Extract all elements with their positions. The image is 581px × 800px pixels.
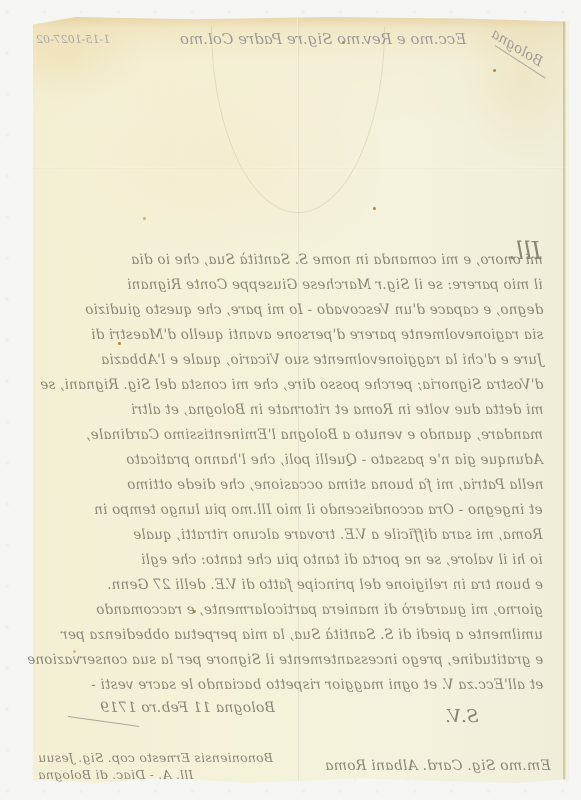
date-line: Bologna 11 Feb.ro 1719 <box>100 700 275 716</box>
letter-line: degno, e capace d'un Vescovado - Io mi p… <box>85 302 543 318</box>
ink-spot <box>143 217 146 220</box>
ink-spot <box>493 69 496 72</box>
letter-line: et ingegno - Ora accondiscendo il mio Il… <box>94 502 543 518</box>
letter-line: mi detta due volte in Roma et ritornate … <box>131 402 543 418</box>
signature: S.V. <box>445 706 479 727</box>
page-edge <box>564 17 569 783</box>
letter-line: nella Patria, mi fa buona stima occasion… <box>127 477 543 493</box>
footer-note-line1: Bononiensis Ernesto cop. Sig. Jesuu <box>38 750 273 765</box>
letter-line: Roma, mi sara difficile a V.E. trovare a… <box>133 527 543 543</box>
letter-line: Adunque gia n'e passato - Quelli poli, c… <box>126 452 543 468</box>
letter-line: d'Vostra Signoria; perche posso dire, ch… <box>40 377 543 393</box>
letter-line: Jure e d'chi la raggionevolmente suo Vic… <box>101 352 543 368</box>
letter-line: e buon tra in religione del principe fat… <box>107 577 543 593</box>
letter-sheet <box>33 17 569 783</box>
footer-note-line2: Ill. A. - Diac. di Bologna <box>38 767 193 782</box>
ink-spot <box>373 207 376 210</box>
paper-crease <box>211 27 385 213</box>
letter-line: umilmente a piedi di S. Santità Sua, la … <box>61 627 543 643</box>
letter-line: il mio parere: se il Sig.r Marchese Gius… <box>127 277 543 293</box>
letter-line: mandare, quando e venuto a Bologna l'Emi… <box>86 427 543 443</box>
letter-line: sia ragionevolmente parere d'persone ava… <box>91 327 543 343</box>
recipient-address: Em.mo Sig. Card. Albani Roma <box>325 758 551 774</box>
letter-line: io hi il valore, se ne porta di tanto pi… <box>141 552 543 568</box>
letter-line: giorno, mi guarderò di maniera particola… <box>96 602 543 618</box>
letter-line: mi onoro, e mi comanda in nome S. Santit… <box>131 252 543 268</box>
address-header: Ecc.mo e Rev.mo Sig.re Padre Col.mo <box>180 30 466 48</box>
letter-line: e gratitudine, prego incessantemente il … <box>27 652 543 668</box>
letter-line: et all'Ecc.za V. et ogni maggior rispett… <box>91 677 543 693</box>
catalog-number: 1-15-1027-02 <box>36 33 110 46</box>
